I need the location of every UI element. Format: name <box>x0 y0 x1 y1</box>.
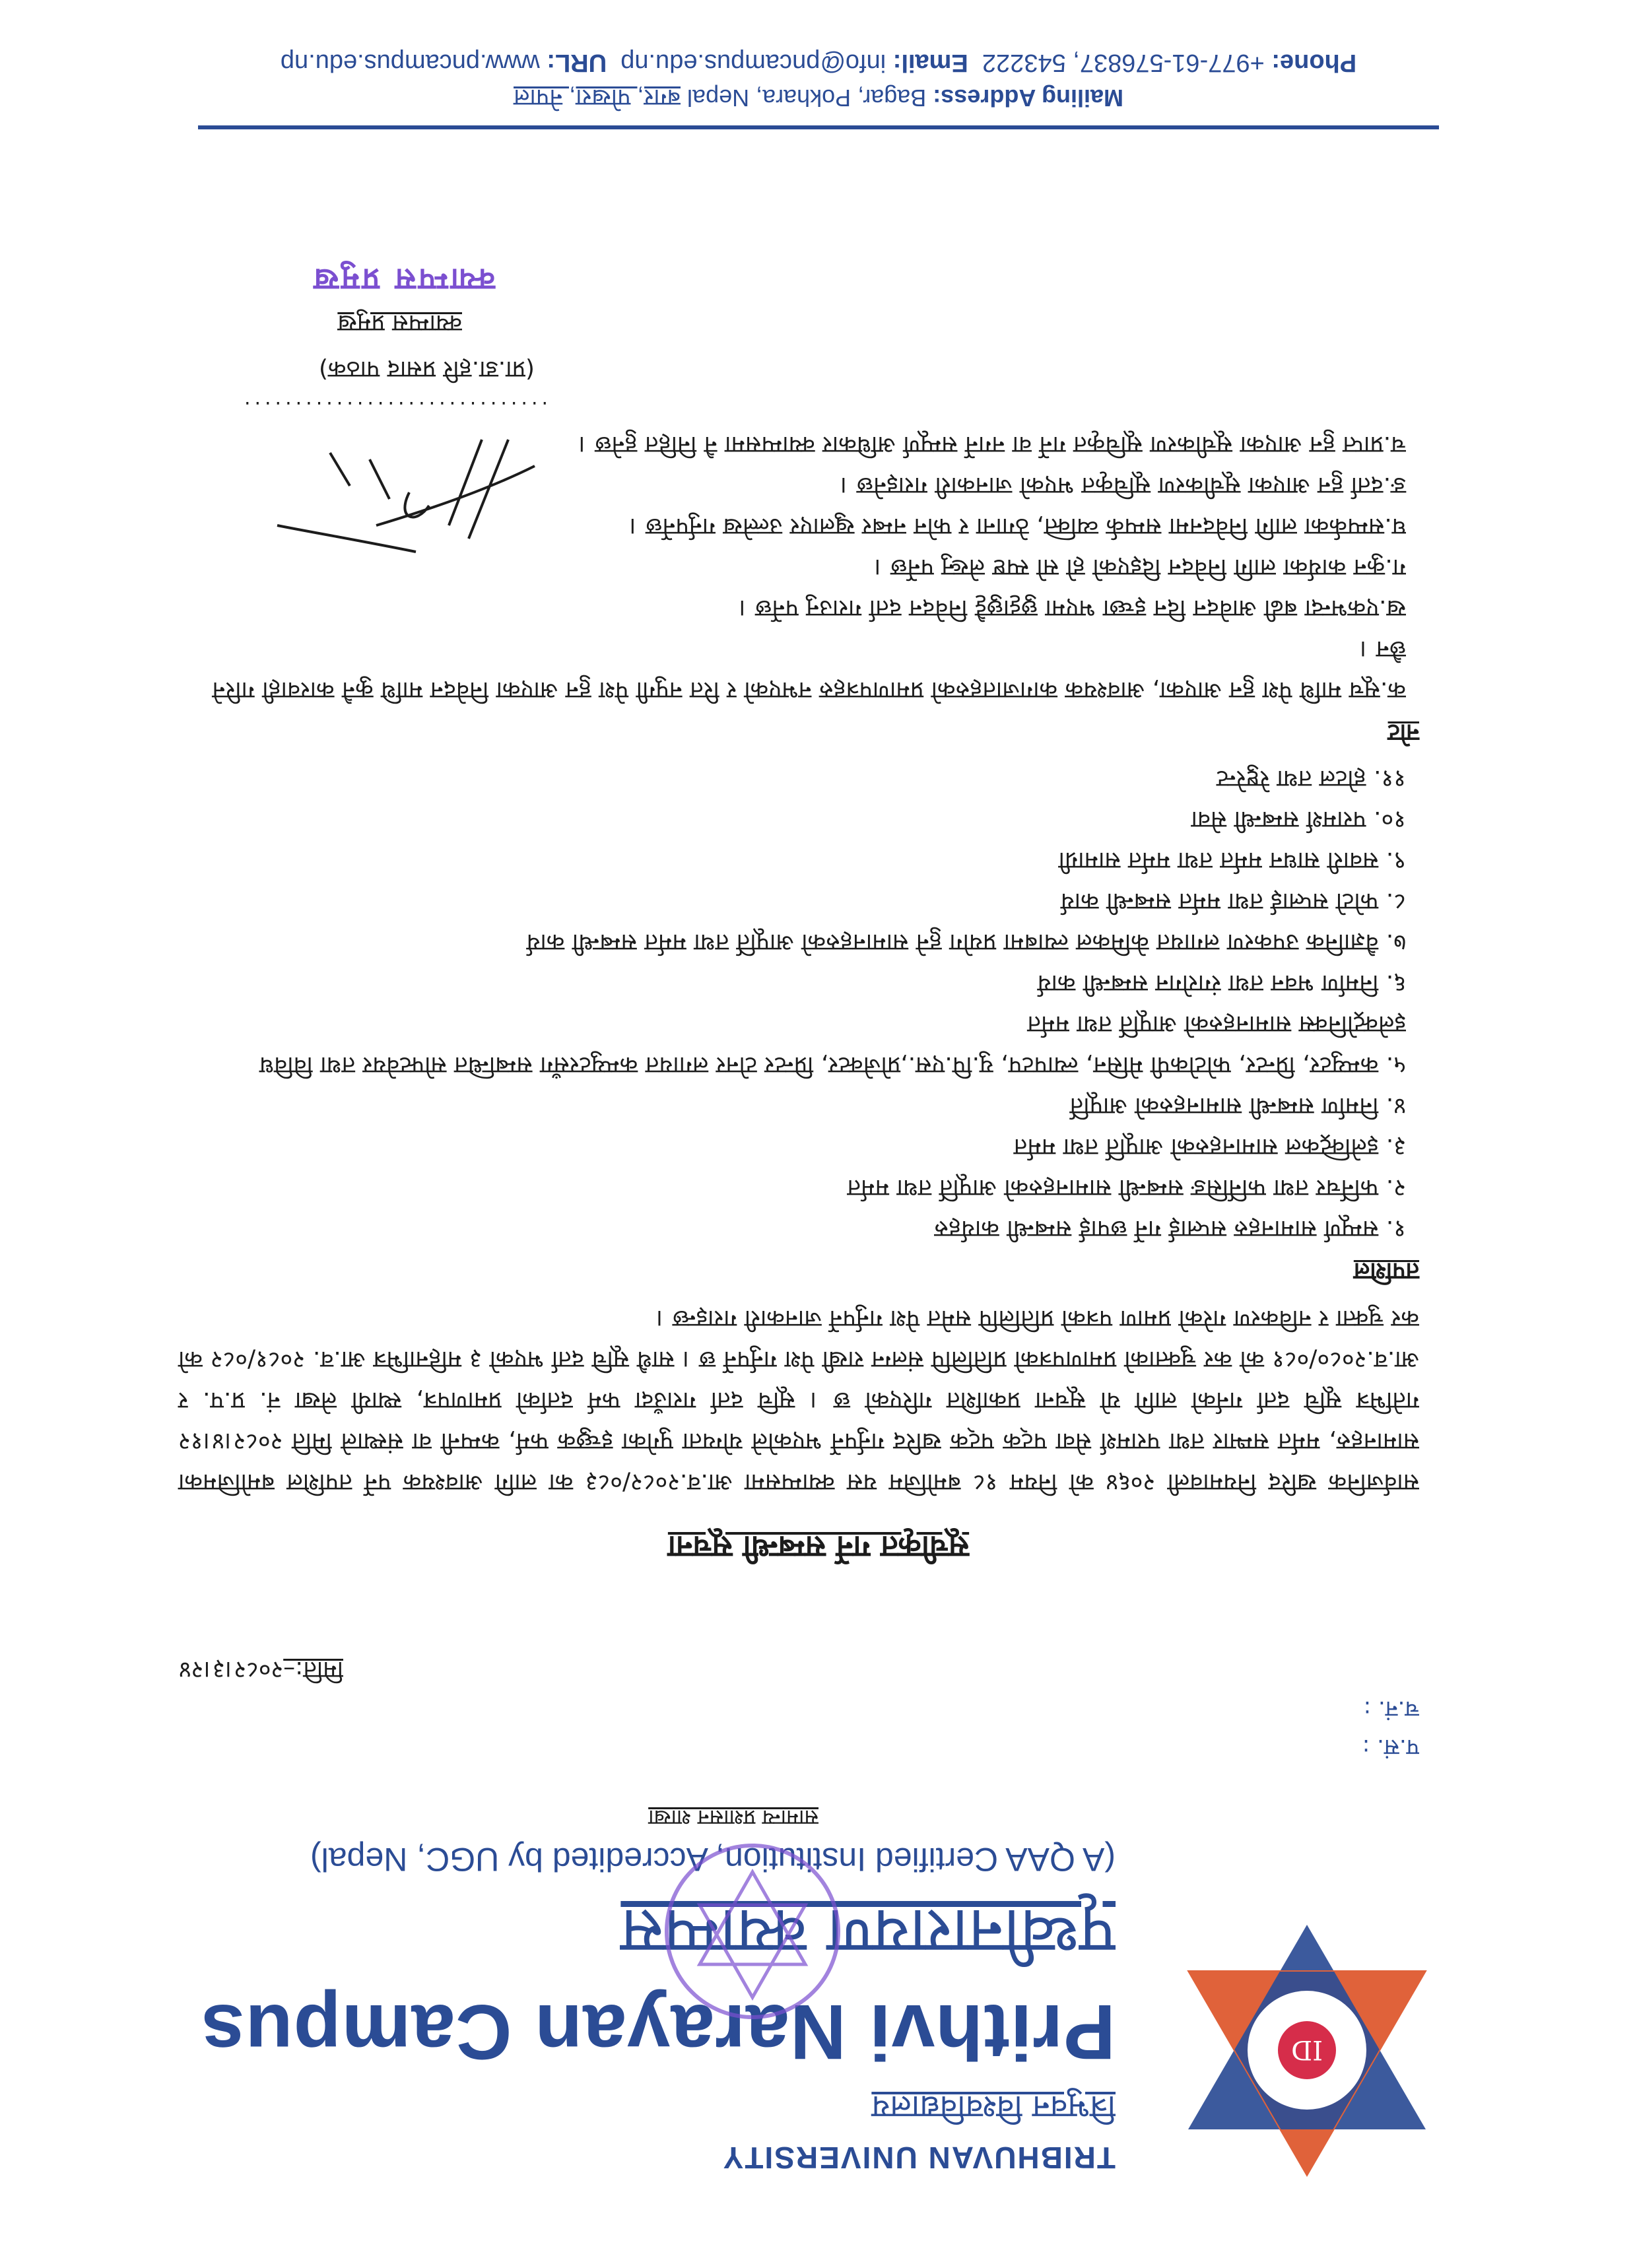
list-item: ३. इलेक्ट्रिकल सामानहरुको आपूर्ति तथा मर… <box>178 1126 1406 1167</box>
tapsil-heading: तपशिल <box>178 1250 1419 1291</box>
section-name: सामान्य प्रशासन शाखा <box>648 1804 818 1832</box>
phone-label: Phone: <box>1271 49 1356 77</box>
footer-contact: Phone: +977-61-576837, 543222 Email: inf… <box>0 48 1637 77</box>
chalani-label: च.नं. : <box>1362 1690 1419 1728</box>
list-item: १०. परामर्श सम्बन्धी सेवा <box>178 799 1406 840</box>
address-ne: बगर, पोखरा, नेपाल <box>514 84 681 112</box>
list-item: ६. निर्माण भवन तथा रंगरोगन सम्बन्धी कार्… <box>178 962 1406 1003</box>
footer-address: Mailing Address: Bagar, Pokhara, Nepal ब… <box>0 83 1637 115</box>
signatory-stamp: क्याम्पस प्रमुख <box>312 260 495 301</box>
tribhuvan-university-logo-icon: ID <box>1175 1918 1439 2182</box>
campus-seal-stamp-icon <box>653 1826 852 2037</box>
url-label: URL: <box>547 49 607 77</box>
list-item: ७. वैज्ञानिक उपकरण लगायत केमिकल ल्याबमा … <box>178 921 1406 962</box>
list-item: ९. सवारी साधन मर्मत तथा मर्मत सामाग्री <box>178 840 1406 881</box>
footer-divider <box>198 125 1439 129</box>
notice-title: सूचीकृत गर्ने सम्बन्धी सूचना <box>0 1527 1637 1568</box>
notice-intro: सार्वजनिक खरिद नियमावली २०६४ को नियम १८ … <box>178 1298 1419 1502</box>
university-name-ne: त्रिभुवन विश्वविद्यालय <box>871 2086 1116 2129</box>
list-item: १. सम्पूर्ण सामानहरु सप्लाई गर्ने छपाई स… <box>178 1208 1406 1249</box>
scanned-letter-rotated: ID TRIBHUVAN UNIVERSITY त्रिभुवन विश्ववि… <box>0 0 1637 2268</box>
item-list: १. सम्पूर्ण सामानहरु सप्लाई गर्ने छपाई स… <box>178 758 1419 1249</box>
notice-body: सार्वजनिक खरिद नियमावली २०६४ को नियम १८ … <box>178 424 1419 1502</box>
list-item: ४. निर्माण सम्बन्धी सामानहरुको आपूर्ति <box>178 1085 1406 1126</box>
phone-value: +977-61-576837, 543222 <box>982 49 1265 77</box>
date-line: मिति:–२०८२।३।२४ <box>179 1655 343 1687</box>
email-label: Email: <box>893 49 968 77</box>
signature-line: .............................. <box>240 397 548 420</box>
svg-text:ID: ID <box>1291 2034 1323 2065</box>
reference-block: प.सं. : च.नं. : <box>1362 1690 1419 1766</box>
signatory-name: (प्रा.डा.हरि प्रसाद पाठक) <box>319 354 535 387</box>
patra-sankhya-label: प.सं. : <box>1362 1728 1419 1766</box>
signatory-title: क्याम्पस प्रमुख <box>337 308 462 341</box>
address-value: Bagar, Pokhara, Nepal <box>687 84 926 112</box>
email-link[interactable]: info@pncampus.edu.np <box>620 49 886 77</box>
list-item: ११. होटल तथा रेष्टुरेन्ट <box>178 758 1406 799</box>
handwritten-signature-icon <box>271 433 548 565</box>
address-label: Mailing Address: <box>933 84 1123 112</box>
note-item: क.सूच माथि पेश हुन आएका, आवश्यक कागजातहर… <box>178 628 1406 710</box>
date-value: २०८२।३।२४ <box>179 1656 283 1683</box>
date-label: मिति:– <box>283 1656 343 1683</box>
university-name-en: TRIBHUVAN UNIVERSITY <box>722 2140 1116 2176</box>
list-item: २. फर्निचर तथा फर्निसिङ सम्बन्धी सामानहर… <box>178 1167 1406 1208</box>
list-item: ८. फोटो सप्लाई तथा मर्मत सम्बन्धी कार्य <box>178 881 1406 921</box>
list-item: ५. कम्प्युटर, प्रिन्टर, फोटोकपी मेसिन, ल… <box>178 1003 1406 1085</box>
note-heading: नोट <box>178 712 1419 752</box>
url-link[interactable]: www.pncampus.edu.np <box>281 49 540 77</box>
note-item: ख.एकभन्दा बढी आवेदन दिन इच्छा भएमा छुट्ट… <box>178 587 1406 628</box>
